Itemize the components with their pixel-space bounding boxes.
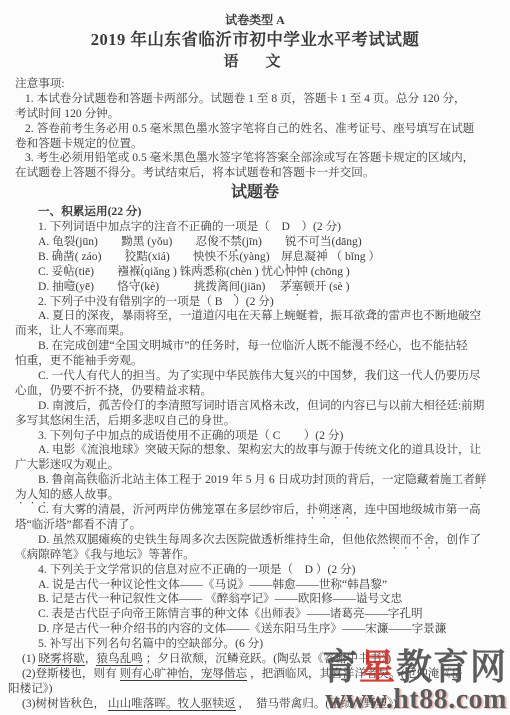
text-segment: 屏 xyxy=(281,250,293,263)
paper-subject: 语 文 xyxy=(0,52,510,72)
text-line: C. 妥帖(tiē) 襁褓(qiǎng ) 铢两悉称(chèn ) 忧心忡忡 (… xyxy=(0,265,510,280)
text-line: 一、积累运用(22 分) xyxy=(0,205,510,220)
text-segment: (dāng) xyxy=(331,235,361,248)
text-line: A. 说是古代一种议论性文体——《马说》——韩愈——世称“韩昌黎” xyxy=(0,578,510,593)
text-segment: ， xyxy=(85,652,97,665)
text-segment: 心血，仍要不折不挠，仍要精益求精。 xyxy=(15,384,212,397)
text-segment: 息凝神 （ bǐng ） xyxy=(293,250,380,263)
text-segment: 黠 xyxy=(136,250,148,263)
text-segment: ，把酒临风，其喜洋洋者矣。(范仲淹《岳 xyxy=(247,667,462,680)
text-line: C. 一代人有代人的担当。为了实现中华民族伟大复兴的中国梦，我们这一代人仍要历尽 xyxy=(0,369,510,384)
text-segment: 1. 下列词语中加点字的注音不正确的一项是（ D ）(2 分) xyxy=(38,220,341,233)
text-segment: 2. 答卷前考生务必用 0.5 毫米黑色墨水签字笔将自己的姓名、准考证号、座号填… xyxy=(25,122,474,135)
text-line: 3. 考生必须用铅笔或 0.5 毫米黑色墨水签字笔将答案全部涂或写在答题卡规定的… xyxy=(0,151,510,166)
text-segment: 凿 xyxy=(63,250,75,263)
text-line: B. 鲁南高铁临沂北站主体工程于 2019 年 5 月 6 日成功封顶的背后，一… xyxy=(0,473,510,488)
text-segment: 2. 下列子中没有错别字的一项是（ B ）(2 分) xyxy=(38,295,274,308)
text-line: D. 序是古代一种介绍书的内容的文体——《送东阳马生序》——宋濂——字景濂 xyxy=(0,622,510,637)
text-segment: 为人知 xyxy=(15,488,50,501)
text-line: 怕重，更不能袖手旁观。 xyxy=(0,354,510,369)
text-segment: (qiǎng ) 铢两悉 xyxy=(140,265,214,278)
paper-header: 试卷类型 A 2019 年山东省临沂市初中学业水平考试试题 语 文 xyxy=(0,0,510,72)
text-segment: (yē) xyxy=(75,280,117,293)
text-segment: 称 xyxy=(215,265,227,278)
text-segment: 阳楼记》) xyxy=(8,682,52,695)
text-segment: 广大影迷 xyxy=(15,458,61,471)
text-segment: 在试题卷上答题不得分。考试结束后，将本试题卷和答题卡一并交回。 xyxy=(15,166,374,179)
text-segment: (2)登斯楼也，则有 xyxy=(22,667,120,680)
text-line: 广大影迷叹为观止。 xyxy=(0,458,510,473)
text-segment: 帖 xyxy=(63,265,75,278)
text-segment: ， 猎马带禽归。(王绩《野望》) xyxy=(236,697,397,710)
text-line: A. 电影《流浪地球》突破天际的想象、架构宏大的故事与源于传统文化的道具设计，让 xyxy=(0,443,510,458)
text-segment: 忡 (chōng ) xyxy=(296,265,349,278)
text-segment: 叹为观止 xyxy=(61,458,107,471)
text-segment: 4. 下列关于文学常识的信息对应不正确的一项是（ D ）(2 分) xyxy=(38,563,356,576)
text-segment: A. xyxy=(38,235,52,248)
text-segment: 裂(jūn) xyxy=(64,235,121,248)
text-segment: 扑朔迷离 xyxy=(307,503,353,516)
text-segment: (jīn) 锐不可 xyxy=(242,235,320,248)
text-line: (3)树树皆秋色， 山山唯落晖。牧人驱犊返 ， 猎马带禽归。(王绩《野望》) xyxy=(0,697,510,712)
text-line: 阳楼记》) xyxy=(0,682,510,697)
paper-title: 2019 年山东省临沂市初中学业水平考试试题 xyxy=(0,29,510,51)
text-line: 2. 下列子中没有错别字的一项是（ B ）(2 分) xyxy=(0,295,510,310)
text-segment: 塔“临沂塔”都看不清了。 xyxy=(15,518,141,531)
text-line: 注意事项: xyxy=(0,77,510,92)
text-line: 心血，仍要不折不挠，仍要精益求精。 xyxy=(0,384,510,399)
text-line: B. 记是古代一种记叙性文体—— 《醉翁亭记》——欧阳修——谥号文忠 xyxy=(0,592,510,607)
text-line: 在试题卷上答题不得分。考试结束后，将本试题卷和答题卡一并交回。 xyxy=(0,166,510,181)
document-body: 注意事项:1. 本试卷分试题卷和答题卡两部分。试题卷 1 至 8 页，答题卡 1… xyxy=(0,77,510,712)
text-segment: D. 序是古代一种介绍书的内容的文体——《送东阳马生序》——宋濂——字景濂 xyxy=(38,622,446,635)
filled-answer-blank: 晓雾将歇 xyxy=(38,652,84,666)
text-segment: 龟 xyxy=(52,235,64,248)
text-line: 多写其悠闲生活，后期多悲叹自己的身世。 xyxy=(0,414,510,429)
text-segment: A. 电影《流浪地球》突破天际的想象、架构宏大的故事与源于传统文化的道具设计，让 xyxy=(38,443,481,456)
text-segment: 忡 xyxy=(285,265,297,278)
text-segment: 卷和答题卡规定的位置。 xyxy=(15,137,143,150)
text-line: 4. 下列关于文学常识的信息对应不正确的一项是（ D ）(2 分) xyxy=(0,563,510,578)
paper-type-label: 试卷类型 A xyxy=(0,13,510,27)
text-segment: 的感人故事。 xyxy=(50,488,120,501)
text-line: 为人知的感人故事。 xyxy=(0,488,510,503)
text-segment: A. 说是古代一种议论性文体——《马说》——韩愈——世称“韩昌黎” xyxy=(38,578,387,591)
text-segment: 锲而不舍 xyxy=(388,533,434,546)
text-segment: 间 xyxy=(229,280,241,293)
text-segment: 怏不乐(yàng) xyxy=(205,250,282,263)
text-segment: 试题卷 xyxy=(231,184,279,201)
text-segment: (3)树树皆秋色， xyxy=(22,697,108,710)
text-line: D. 虽然双腿瘫痪的史铁生每周多次去医院做透析维持生命，但他依然锲而不舍，创作了 xyxy=(0,533,510,548)
text-segment: 怏 xyxy=(193,250,205,263)
text-segment: 塞 xyxy=(291,280,303,293)
text-line: 2. 答卷前考生务必用 0.5 毫米黑色墨水签字笔将自己的姓名、准考证号、座号填… xyxy=(0,122,510,137)
text-line: 5. 补写出下列名句名篇中的空缺部分。(6 分) xyxy=(0,637,510,652)
text-segment: 禁 xyxy=(230,235,242,248)
text-line: 1. 下列词语中加点字的注音不正确的一项是（ D ）(2 分) xyxy=(0,220,510,235)
text-segment: 《病隙碎笔》《我与地坛》等著作。 xyxy=(15,548,195,561)
text-line: D. 南渡后，孤苦伶仃的李清照写词时语言风格未改，但词的内容已与以前大相径廷:前… xyxy=(0,399,510,414)
filled-answer-blank: 猿鸟乱鸣 xyxy=(96,652,142,666)
text-segment: B. 确 xyxy=(38,250,63,263)
text-line: D. 抽噎(yē) 恪守(kè) 挑拨离间(jiān) 茅塞顿开 (sè ) xyxy=(0,280,510,295)
text-segment: 守(kè) 挑拨离 xyxy=(129,280,229,293)
text-segment: 恪 xyxy=(117,280,129,293)
text-segment: D. 虽然双腿瘫痪的史铁生每周多次去医院做透析维持生命，但他依然 xyxy=(38,533,388,546)
text-segment: B. 记是古代一种记叙性文体—— 《醉翁亭记》——欧阳修——谥号文忠 xyxy=(38,592,402,605)
text-segment: B. 在完成创建“全国文明城市”的任务时，每一位临沂人既不能漫不经心，也不能拈轻 xyxy=(38,339,468,352)
text-segment: (xiá) xyxy=(148,250,193,263)
text-segment: D. 抽 xyxy=(38,280,64,293)
text-segment: C. 妥 xyxy=(38,265,63,278)
text-segment: C. 一代人有代人的担当。为了实现中华民族伟大复兴的中国梦，我们这一代人仍要历尽 xyxy=(38,369,481,382)
text-segment: 黝 xyxy=(121,235,133,248)
text-segment: (chèn ) 忧心 xyxy=(226,265,285,278)
text-line: (1) 晓雾将歇，猿鸟乱鸣 ；夕日欲颓，沉鳞竞跃。(陶弘景《答谢中书书》) xyxy=(0,652,510,667)
text-segment: D. 南渡后，孤苦伶仃的李清照写词时语言风格未改，但词的内容已与以前大相径廷:前… xyxy=(38,399,484,412)
text-line: (2)登斯楼也，则有 则有心旷神怡，宠辱偕忘 ，把酒临风，其喜洋洋者矣。(范仲淹… xyxy=(0,667,510,682)
text-line: 而来，让人不寒而栗。 xyxy=(0,324,510,339)
text-segment: A. 夏日的深夜，暴雨将至，一道道闪电在天幕上蜿蜒着，振耳欲聋的雷声也不断地破空 xyxy=(38,309,481,322)
text-line: 3. 下列句子中加点的成语使用不正确的项是（ C ）(2 分) xyxy=(0,429,510,444)
text-segment: 多写其悠闲生活，后期多悲叹自己的身世。 xyxy=(15,414,235,427)
filled-answer-blank: 山山唯落晖。牧人驱犊返 xyxy=(108,697,236,711)
filled-answer-blank: 则有心旷神怡，宠辱偕忘 xyxy=(120,667,248,681)
text-segment: (tiē) 襁 xyxy=(75,265,129,278)
text-line: 考试时间 120 分钟。 xyxy=(0,107,510,122)
text-segment: C. 表是古代臣子向帝王陈情言事的种文体《出师表》——诸葛亮——字孔明 xyxy=(38,607,423,620)
text-segment: (1) xyxy=(22,652,38,665)
text-segment: 考试时间 120 分钟。 xyxy=(15,107,119,120)
text-line: A. 夏日的深夜，暴雨将至，一道道闪电在天幕上蜿蜒着，振耳欲聋的雷声也不断地破空 xyxy=(0,309,510,324)
text-segment: 顿开 (sè ) xyxy=(303,280,349,293)
text-segment: ，创作了 xyxy=(435,533,481,546)
text-segment: C. 有大雾的清晨，沂河两岸仿佛笼罩在多层纱帘后， xyxy=(38,503,307,516)
text-segment: 3. 考生必须用铅笔或 0.5 毫米黑色墨水签字笔将答案全部涂或写在答题卡规定的… xyxy=(25,151,474,164)
text-segment: ( záo) 狡 xyxy=(75,250,137,263)
text-segment: 黑 (yǒu) 忍俊不 xyxy=(133,235,231,248)
text-line: 卷和答题卡规定的位置。 xyxy=(0,137,510,152)
text-segment: 当 xyxy=(320,235,332,248)
text-segment: 注意事项: xyxy=(15,77,65,90)
text-segment: 1. 本试卷分试题卷和答题卡两部分。试题卷 1 至 8 页，答题卡 1 至 4 … xyxy=(25,92,466,105)
text-segment: 3. 下列句子中加点的成语使用不正确的项是（ C ）(2 分) xyxy=(38,429,343,442)
text-segment: 。 xyxy=(108,458,120,471)
text-line: A. 龟裂(jūn) 黝黑 (yǒu) 忍俊不禁(jīn) 锐不可当(dāng) xyxy=(0,235,510,250)
text-line: 《病隙碎笔》《我与地坛》等著作。 xyxy=(0,548,510,563)
text-segment: B. 鲁南高铁临沂北站主体工程于 2019 年 5 月 6 日成功封顶的背后，一… xyxy=(38,473,475,486)
text-segment: 怕重，更不能袖手旁观。 xyxy=(15,354,143,367)
text-segment: ；夕日欲颓，沉鳞竞跃。(陶弘景《答谢中书书》) xyxy=(143,652,391,665)
text-segment: 鲜 xyxy=(475,473,487,486)
text-segment: 一、积累运用(22 分) xyxy=(38,205,141,218)
section-heading: 试题卷 xyxy=(0,181,510,205)
text-line: 塔“临沂塔”都看不清了。 xyxy=(0,518,510,533)
text-line: B. 在完成创建“全国文明城市”的任务时，每一位临沂人既不能漫不经心，也不能拈轻 xyxy=(0,339,510,354)
text-line: B. 确凿( záo) 狡黠(xiá) 怏怏不乐(yàng) 屏息凝神 （ bǐ… xyxy=(0,250,510,265)
text-line: 1. 本试卷分试题卷和答题卡两部分。试题卷 1 至 8 页，答题卡 1 至 4 … xyxy=(0,92,510,107)
text-segment: 噎 xyxy=(64,280,76,293)
text-segment: 而来，让人不寒而栗。 xyxy=(15,324,131,337)
text-segment: (jiān) 茅 xyxy=(240,280,291,293)
text-segment: 褓 xyxy=(129,265,141,278)
text-line: C. 有大雾的清晨，沂河两岸仿佛笼罩在多层纱帘后，扑朔迷离，连中国地级城市第一高 xyxy=(0,503,510,518)
text-line: C. 表是古代臣子向帝王陈情言事的种文体《出师表》——诸葛亮——字孔明 xyxy=(0,607,510,622)
text-segment: ，连中国地级城市第一高 xyxy=(353,503,481,516)
text-segment: 5. 补写出下列名句名篇中的空缺部分。(6 分) xyxy=(38,637,263,650)
exam-paper-page: 试卷类型 A 2019 年山东省临沂市初中学业水平考试试题 语 文 注意事项:1… xyxy=(0,0,510,715)
